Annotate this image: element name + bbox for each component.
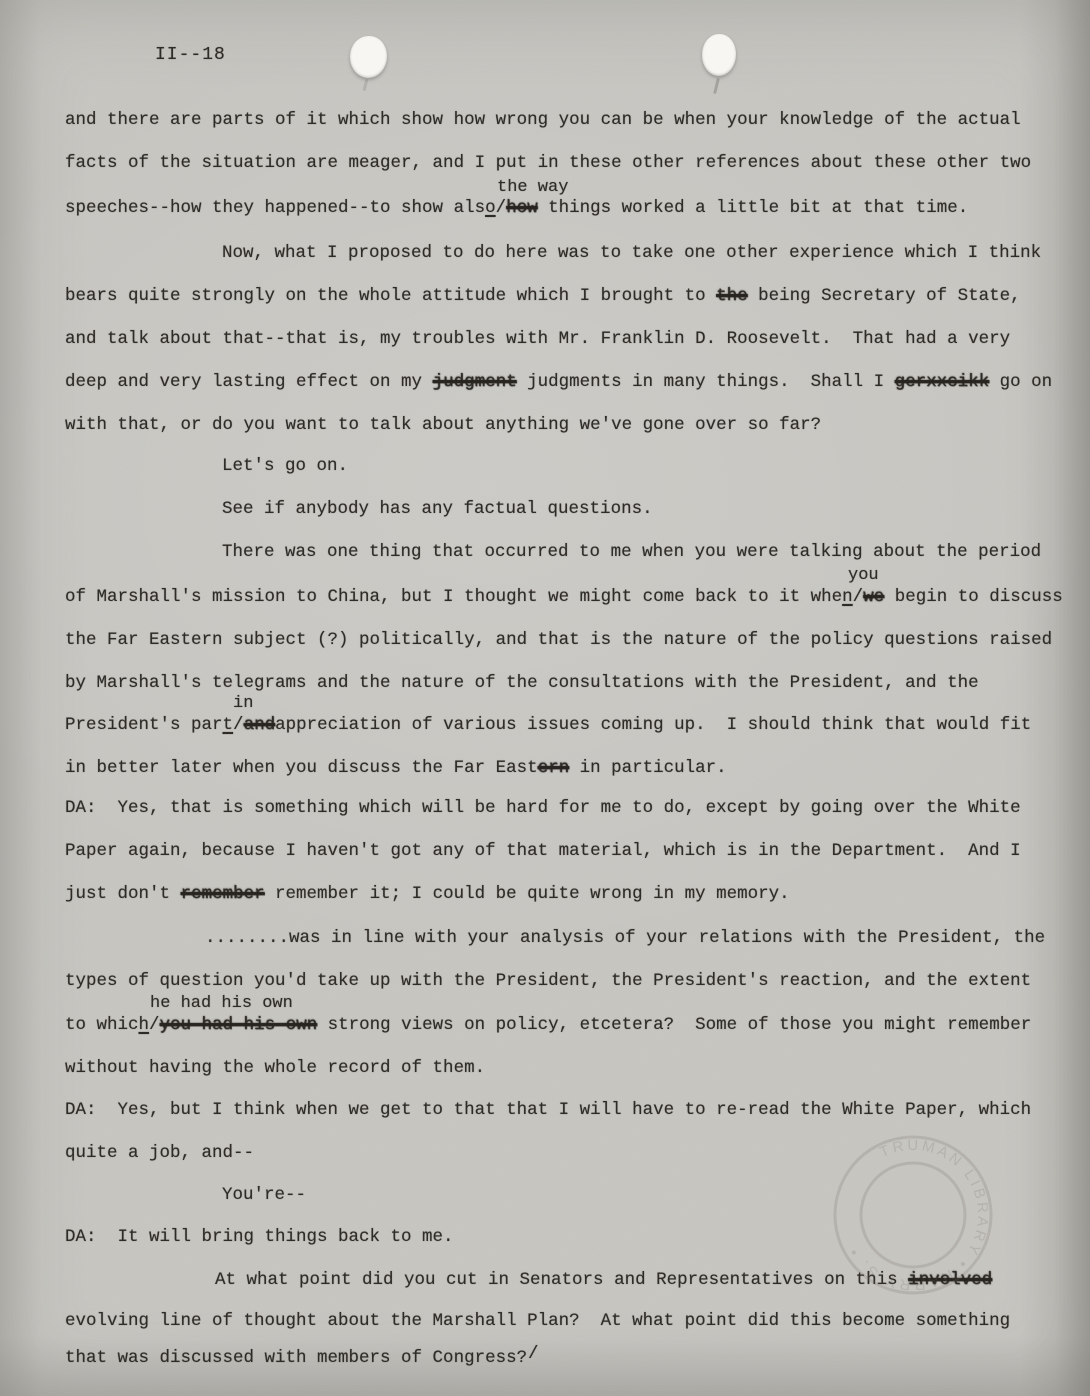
typed-line: quite a job, and--: [65, 1145, 254, 1163]
typed-line: bears quite strongly on the whole attitu…: [65, 288, 1021, 306]
typed-line: DA: Yes, that is something which will be…: [65, 800, 1021, 818]
typed-line: types of question you'd take up with the…: [65, 973, 1031, 991]
hole-punch-right: [702, 34, 736, 76]
typed-line: without having the whole record of them.: [65, 1060, 485, 1078]
typed-line: deep and very lasting effect on my judgm…: [65, 374, 1052, 392]
typed-line: that was discussed with members of Congr…: [65, 1350, 527, 1368]
typed-line: and there are parts of it which show how…: [65, 112, 1021, 130]
inserted-correction: you: [848, 567, 879, 584]
typed-line: evolving line of thought about the Marsh…: [65, 1313, 1010, 1331]
typed-line: Now, what I proposed to do here was to t…: [222, 245, 1041, 263]
typed-line: to which/you had his own strong views on…: [65, 1017, 1031, 1035]
typed-line: DA: Yes, but I think when we get to that…: [65, 1102, 1031, 1120]
typed-line: in better later when you discuss the Far…: [65, 760, 727, 778]
typed-line: Let's go on.: [222, 458, 348, 476]
typed-line: with that, or do you want to talk about …: [65, 417, 821, 435]
inserted-correction: in: [233, 695, 253, 712]
typed-line: At what point did you cut in Senators an…: [215, 1272, 992, 1290]
typed-line: DA: It will bring things back to me.: [65, 1229, 454, 1247]
typed-line: Paper again, because I haven't got any o…: [65, 843, 1021, 861]
typed-line: President's part/andappreciation of vari…: [65, 717, 1031, 735]
hole-punch-left: [350, 36, 387, 78]
typed-line: just don't remember remember it; I could…: [65, 886, 790, 904]
inserted-correction: the way: [497, 179, 568, 196]
hole-punch-smudge: [363, 79, 369, 91]
typed-line: ........was in line with your analysis o…: [205, 930, 1045, 948]
typed-line: /: [528, 1346, 539, 1364]
typed-line: There was one thing that occurred to me …: [222, 544, 1041, 562]
typed-line: You're--: [222, 1187, 306, 1205]
page-number: II--18: [155, 45, 226, 65]
document-page: II--18 and there are parts of it which s…: [0, 0, 1090, 1396]
typed-line: speeches--how they happened--to show als…: [65, 200, 968, 218]
hole-punch-smudge: [713, 78, 720, 94]
inserted-correction: he had his own: [150, 995, 293, 1012]
archive-stamp: TRUMAN LIBRARY • HARRY S. •: [798, 1100, 1028, 1330]
typed-line: the Far Eastern subject (?) politically,…: [65, 632, 1052, 650]
typed-line: by Marshall's telegrams and the nature o…: [65, 675, 979, 693]
typed-line: facts of the situation are meager, and I…: [65, 155, 1031, 173]
typed-line: of Marshall's mission to China, but I th…: [65, 589, 1063, 607]
typed-line: See if anybody has any factual questions…: [222, 501, 653, 519]
typed-line: and talk about that--that is, my trouble…: [65, 331, 1010, 349]
